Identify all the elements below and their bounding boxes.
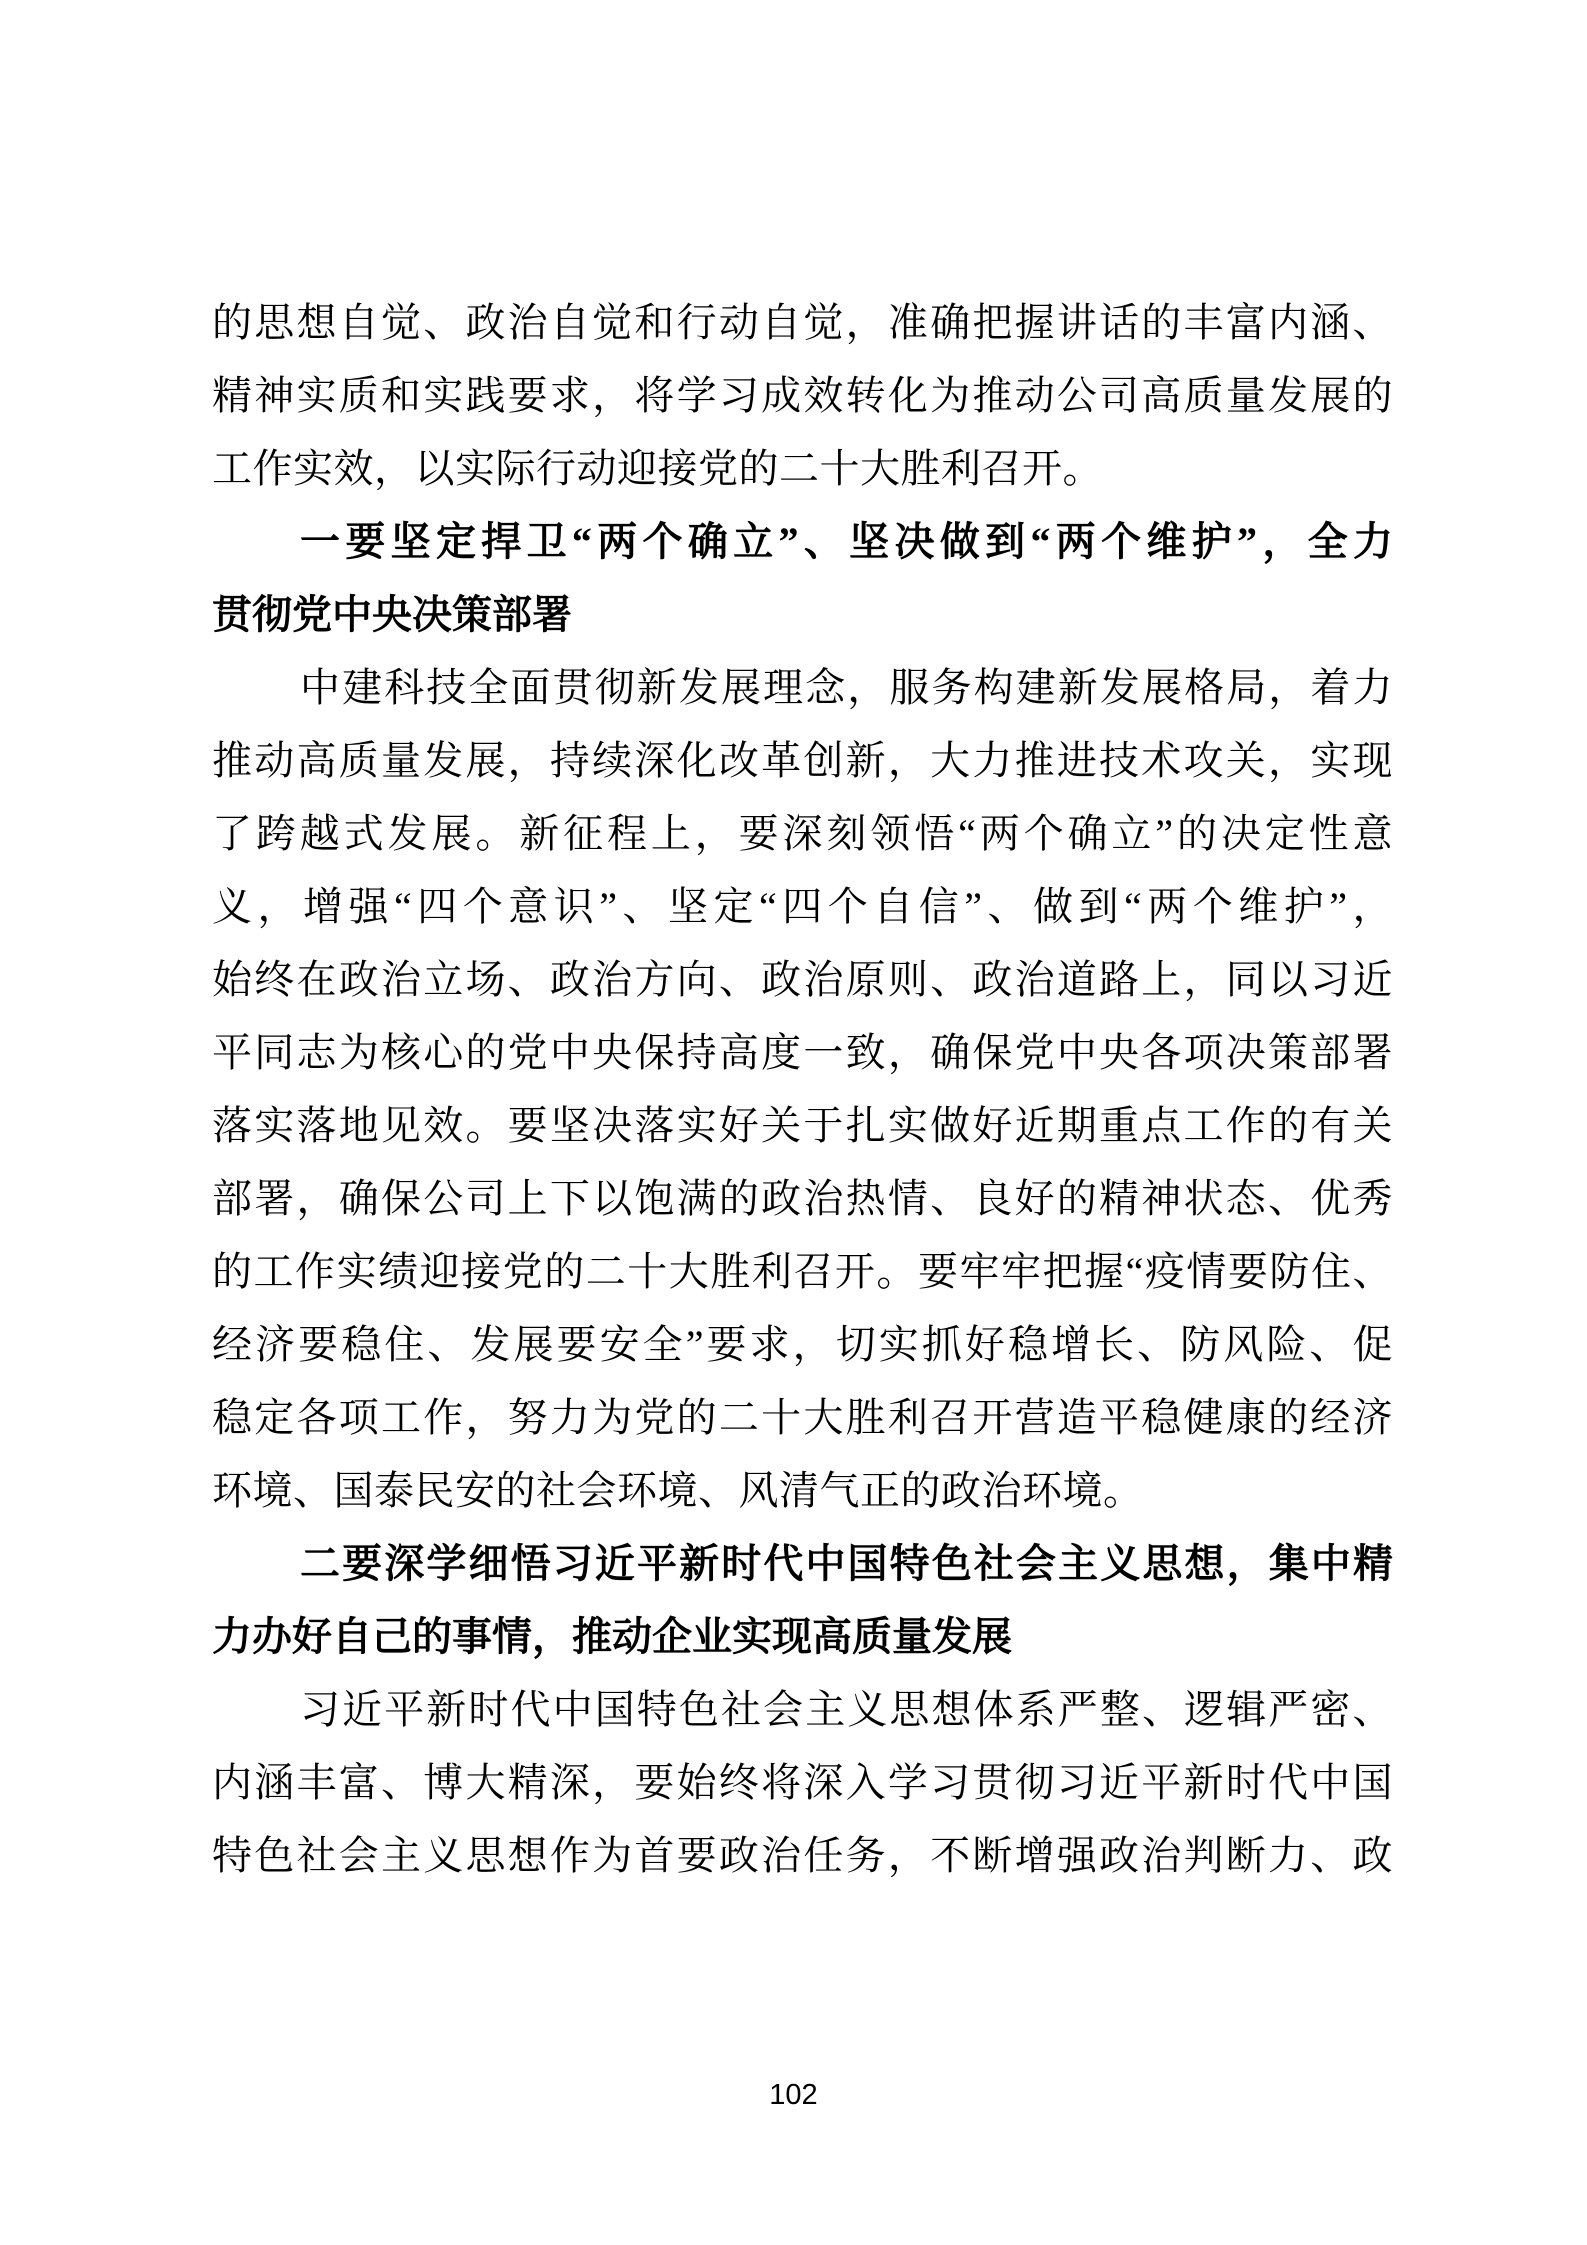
paragraph-line: 经济要稳住、发展要安全”要求，切实抓好稳增长、防风险、促	[212, 1308, 1393, 1381]
paragraph-line: 工作实效，以实际行动迎接党的二十大胜利召开。	[212, 432, 1393, 505]
paragraph-line: 的思想自觉、政治自觉和行动自觉，准确把握讲话的丰富内涵、	[212, 286, 1393, 359]
paragraph-line: 始终在政治立场、政治方向、政治原则、政治道路上，同以习近	[212, 943, 1393, 1016]
document-page: 的思想自觉、政治自觉和行动自觉，准确把握讲话的丰富内涵、 精神实质和实践要求，将…	[0, 0, 1587, 2245]
paragraph-line: 义，增强“四个意识”、坚定“四个自信”、做到“两个维护”，	[212, 870, 1393, 943]
paragraph-line: 特色社会主义思想作为首要政治任务，不断增强政治判断力、政	[212, 1819, 1393, 1892]
page-number: 102	[0, 2078, 1587, 2112]
paragraph-line: 了跨越式发展。新征程上，要深刻领悟“两个确立”的决定性意	[212, 797, 1393, 870]
paragraph-line: 精神实质和实践要求，将学习成效转化为推动公司高质量发展的	[212, 359, 1393, 432]
paragraph-line: 习近平新时代中国特色社会主义思想体系严整、逻辑严密、	[212, 1673, 1393, 1746]
document-text-block: 的思想自觉、政治自觉和行动自觉，准确把握讲话的丰富内涵、 精神实质和实践要求，将…	[212, 286, 1393, 1892]
heading-line: 力办好自己的事情，推动企业实现高质量发展	[212, 1600, 1393, 1673]
heading-line: 贯彻党中央决策部署	[212, 578, 1393, 651]
paragraph-line: 的工作实绩迎接党的二十大胜利召开。要牢牢把握“疫情要防住、	[212, 1235, 1393, 1308]
paragraph-line: 内涵丰富、博大精深，要始终将深入学习贯彻习近平新时代中国	[212, 1746, 1393, 1819]
paragraph-line: 推动高质量发展，持续深化改革创新，大力推进技术攻关，实现	[212, 724, 1393, 797]
paragraph-line: 环境、国泰民安的社会环境、风清气正的政治环境。	[212, 1454, 1393, 1527]
paragraph-line: 稳定各项工作，努力为党的二十大胜利召开营造平稳健康的经济	[212, 1381, 1393, 1454]
paragraph-line: 中建科技全面贯彻新发展理念，服务构建新发展格局，着力	[212, 651, 1393, 724]
paragraph-line: 落实落地见效。要坚决落实好关于扎实做好近期重点工作的有关	[212, 1089, 1393, 1162]
paragraph-line: 平同志为核心的党中央保持高度一致，确保党中央各项决策部署	[212, 1016, 1393, 1089]
heading-line: 一要坚定捍卫“两个确立”、坚决做到“两个维护”，全力	[212, 505, 1393, 578]
paragraph-line: 部署，确保公司上下以饱满的政治热情、良好的精神状态、优秀	[212, 1162, 1393, 1235]
heading-line: 二要深学细悟习近平新时代中国特色社会主义思想，集中精	[212, 1527, 1393, 1600]
